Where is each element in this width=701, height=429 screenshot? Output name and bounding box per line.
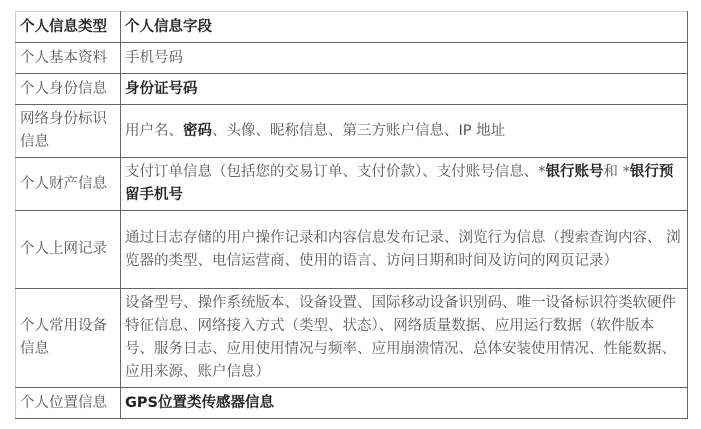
info-field-cell: 身份证号码 xyxy=(121,74,688,105)
info-type-cell: 个人财产信息 xyxy=(16,158,121,211)
table-row: 个人常用设备信息 设备型号、操作系统版本、设备设置、国际移动设备识别码、唯一设备… xyxy=(16,289,688,388)
header-info-field: 个人信息字段 xyxy=(121,12,688,43)
table-row: 个人基本资料 手机号码 xyxy=(16,43,688,74)
info-field-cell: 通过日志存储的用户操作记录和内容信息发布记录、浏览行为信息（搜索查询内容、 浏览… xyxy=(121,211,688,289)
field-text: 通过日志存储的用户操作记录和内容信息发布记录、浏览行为信息（搜索查询内容、 浏览… xyxy=(125,230,681,269)
field-text: 用户名、 xyxy=(125,123,183,139)
field-text: 支付订单信息（包括您的交易订单、支付价款）、支付账号信息、* xyxy=(125,164,546,180)
table-row: 网络身份标识信息 用户名、密码、头像、昵称信息、第三方账户信息、IP 地址 xyxy=(16,105,688,158)
info-field-cell: 用户名、密码、头像、昵称信息、第三方账户信息、IP 地址 xyxy=(121,105,688,158)
info-field-cell: 手机号码 xyxy=(121,43,688,74)
personal-info-table: 个人信息类型 个人信息字段 个人基本资料 手机号码 个人身份信息 身份证号码 网… xyxy=(15,11,688,419)
table-row: 个人位置信息 GPS位置类传感器信息 xyxy=(16,388,688,419)
info-type-cell: 网络身份标识信息 xyxy=(16,105,121,158)
table-header-row: 个人信息类型 个人信息字段 xyxy=(16,12,688,43)
info-type-cell: 个人上网记录 xyxy=(16,211,121,289)
table-row: 个人身份信息 身份证号码 xyxy=(16,74,688,105)
info-field-cell: 支付订单信息（包括您的交易订单、支付价款）、支付账号信息、*银行账号和 *银行预… xyxy=(121,158,688,211)
header-info-type: 个人信息类型 xyxy=(16,12,121,43)
field-text: 设备型号、操作系统版本、设备设置、国际移动设备识别码、唯一设备标识符类软硬件特征… xyxy=(125,295,676,380)
info-field-cell: GPS位置类传感器信息 xyxy=(121,388,688,419)
field-text-bold: 银行账号 xyxy=(546,164,604,180)
table-row: 个人上网记录 通过日志存储的用户操作记录和内容信息发布记录、浏览行为信息（搜索查… xyxy=(16,211,688,289)
info-type-cell: 个人常用设备信息 xyxy=(16,289,121,388)
info-type-cell: 个人基本资料 xyxy=(16,43,121,74)
field-text-bold: 身份证号码 xyxy=(125,81,198,97)
info-type-cell: 个人位置信息 xyxy=(16,388,121,419)
table-row: 个人财产信息 支付订单信息（包括您的交易订单、支付价款）、支付账号信息、*银行账… xyxy=(16,158,688,211)
field-text-bold: 密码 xyxy=(183,123,212,139)
field-text: 、头像、昵称信息、第三方账户信息、IP 地址 xyxy=(212,123,505,139)
field-text: 手机号码 xyxy=(125,50,183,66)
field-text-bold: GPS位置类传感器信息 xyxy=(125,395,274,411)
field-text: 和 * xyxy=(604,164,630,180)
info-field-cell: 设备型号、操作系统版本、设备设置、国际移动设备识别码、唯一设备标识符类软硬件特征… xyxy=(121,289,688,388)
info-type-cell: 个人身份信息 xyxy=(16,74,121,105)
